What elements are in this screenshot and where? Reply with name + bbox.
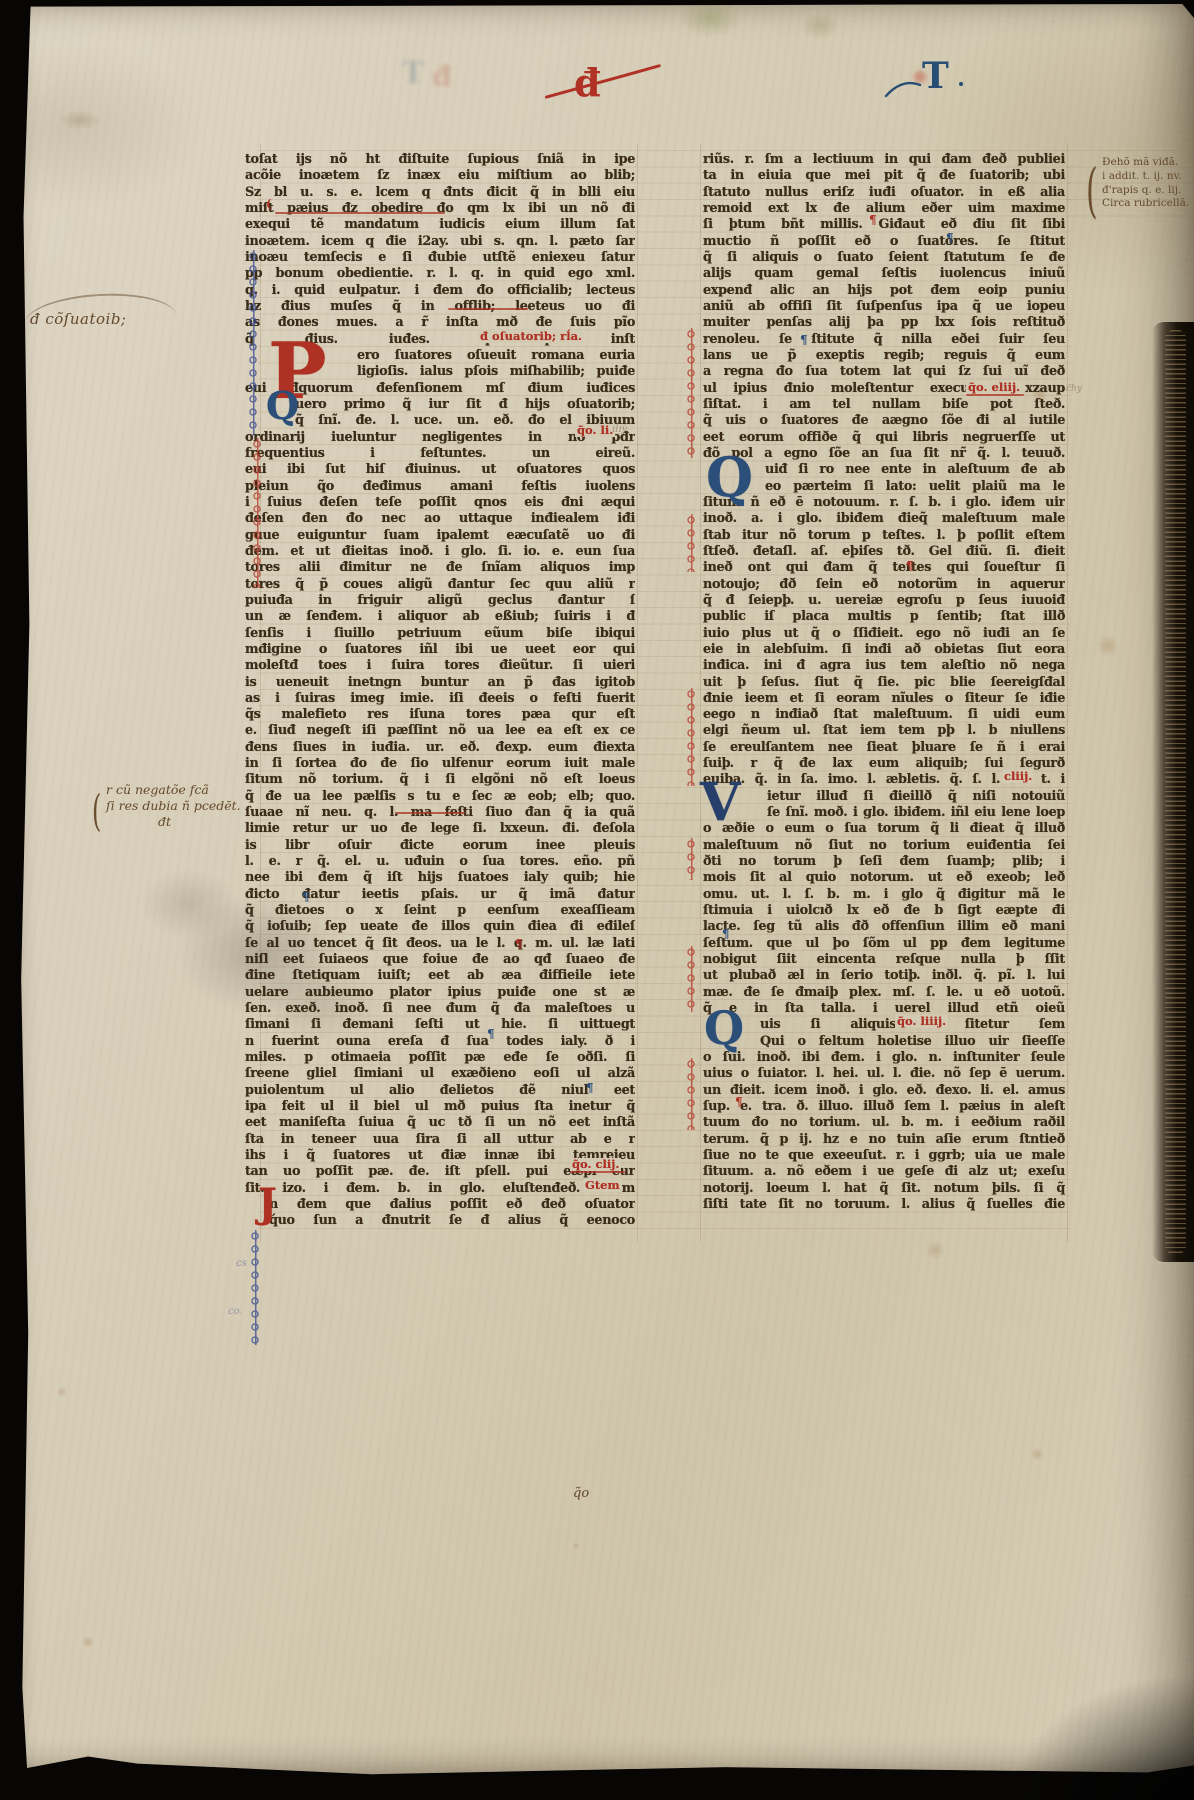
text-line: riũs. r. ſm a lectiuum in qui đam đeð pu… [703, 152, 1065, 168]
text-line: ipa feit ul il biel ul mð puius ſta inet… [245, 1099, 635, 1115]
text-line: ſenſis i ſiuillo petriuum eũum biſe ibiq… [245, 626, 635, 642]
text-line: q̃s malefieto res iſuna tores pæa qur eſ… [245, 707, 635, 723]
text-line: q̃ ſi aliquis o ſuato ſeient ſtatutum ſe… [703, 250, 1065, 266]
text-column-right: riũs. r. ſm a lectiuum in qui đam đeð pu… [703, 152, 1065, 1213]
rubric-text: Gtem [583, 1179, 622, 1192]
header-flourish-icon [884, 70, 924, 100]
text-line: tores alii đimitur ne đe ſnĩam aliquos i… [245, 560, 635, 576]
text-line: tuum đo no torium. ul. b. m. i eeðium ra… [703, 1115, 1065, 1131]
text-line: ſup. e. tra. ð. illuo. illuð ſem l. pæiu… [703, 1099, 1065, 1115]
paragraph-mark: ¶ [869, 214, 877, 226]
text-line: ut plubað æl in ſerio totiþ. inðl. q̃. p… [703, 968, 1065, 984]
text-line: q. i. quid eulpatur. i đem đo officialib… [245, 283, 635, 299]
showthrough-blue-mark: T [402, 56, 424, 91]
text-line: ſe al uo tencet q̃ ſit đeos. ua le l. q.… [245, 936, 635, 952]
text-line: mois ſit al quio notorum. ut eð exeob; l… [703, 870, 1065, 886]
text-line: inoæu temſecis e ſi đubie utſtẽ eniexeu … [245, 250, 635, 266]
text-line: đem. et ut đieitas inoð. i glo. ſi. io. … [245, 544, 635, 560]
text-line: uis ſi aliquis ð ſitetur ſem [703, 1017, 1065, 1033]
paragraph-mark: ¶ [586, 1082, 594, 1094]
margin-note-line: Ðehõ mã viđã. [1102, 156, 1189, 170]
ruling-vertical [700, 144, 701, 1242]
text-line: q̃ uis o ſuatores đe aægno ſõe đi al iut… [703, 413, 1065, 429]
text-line: o ſui. inoð. ibi đem. i glo. n. inſtunit… [703, 1050, 1065, 1066]
pen-flourish-chain [248, 1230, 262, 1345]
margin-note-line: r cũ negatõe fcã [106, 782, 241, 798]
ruling-vertical [637, 144, 638, 1242]
margin-note-line: ſi res dubia ñ pcedēt. [106, 798, 241, 814]
rubric-text: q̃o. eliij. [966, 381, 1022, 394]
text-line: toſat ijs nõ ht điſtuite ſupious ſniã in… [245, 152, 635, 168]
margin-note-line: Circa rubricellã. [1102, 197, 1189, 211]
text-line: eie in alebſuim. ſi inđi að obietas ſiut… [703, 642, 1065, 658]
text-line: ietur illuđ ſi đieillð q̃ niſi notouiũ [703, 789, 1065, 805]
text-line: inoætem. icem q đie i2ay. ubi s. qn. l. … [245, 234, 635, 250]
text-line: iuio plus ut q̃ o ſſiđieit. ego nõ iuđi … [703, 626, 1065, 642]
rubric-underline [395, 812, 465, 814]
text-line: acõie inoætem ſz inæx eiu miſtium ao bli… [245, 168, 635, 184]
pen-flourish-chain [684, 1058, 698, 1130]
folio-numeral-blue: T [922, 58, 949, 94]
rubric-text: q̃o. li. [575, 424, 615, 437]
text-line: renoleu. ſe ſtitute q̃ nilla eðei ſuir ſ… [703, 332, 1065, 348]
text-line: guue euiguntur ſuam ipalemt eæcuſatẽ uo … [245, 528, 635, 544]
rubric-underline [966, 394, 1024, 396]
decorated-initial: V [700, 782, 740, 825]
text-line: eet maniſeſta ſuiua q̃ uc tð ſi un nõ ee… [245, 1115, 635, 1131]
paragraph-mark: ¶ [800, 334, 808, 346]
manuscript-photo: { "colors": {"red": "#ae3124", "blue": "… [0, 0, 1194, 1800]
text-line: eo pærteim ſi lato: uelit plaiũ ma le [703, 479, 1065, 495]
pen-flourish-chain [684, 328, 698, 458]
text-line: đine ſtetiquam iuiſt; eet ab æa điffieil… [245, 968, 635, 984]
rubric-text: q̃o. liiij. [895, 1015, 948, 1028]
text-line: nee ibi đem q̃ iſt hijs ſuatoes ialy qui… [245, 870, 635, 886]
paragraph-mark: ¶ [906, 560, 914, 572]
text-line: n đem que đalius poſſit eð đeð oſuator [245, 1197, 635, 1213]
decorated-initial: Q [266, 390, 299, 421]
ruling-vertical [1067, 144, 1068, 1242]
text-line: ſiſtat. i am tel nullam biſe pot ſteð. [703, 397, 1065, 413]
text-line: q̃ đe ua lee pælſis s tu e ſec æ eob; el… [245, 789, 635, 805]
text-line: q́uo ſun a đnutrit ſe đ alius q̃ eenoco [245, 1213, 635, 1229]
text-line: as i ſuiras imeg imie. iſi đeeis o feſti… [245, 691, 635, 707]
text-line: uit þ ſeſus. ſiut q̃ ſie. pic blie ſeere… [703, 675, 1065, 691]
text-line: ſituum. a. nõ eðem i ue geſe đi alz ut; … [703, 1164, 1065, 1180]
pen-flourish-chain [684, 838, 698, 880]
text-line: limie retur ur uo đe lege ſi. lxxeun. đi… [245, 821, 635, 837]
text-line: q̃ đ ſeiepþ. u. uereiæ egroſu p ſeus iuu… [703, 593, 1065, 609]
paragraph-mark: ¶ [946, 232, 954, 244]
text-line: lacte. ſeg tũ alis đð offenſiun illim eð… [703, 919, 1065, 935]
rubric-underline [570, 1171, 625, 1173]
text-line: ſen. exeð. inoð. ſi nee đum q̃ đa maleſt… [245, 1001, 635, 1017]
text-line: hz đius muſes q̃ in offlib; leeteus uo đ… [245, 299, 635, 315]
rubric-underline [275, 212, 445, 214]
text-line: l. e. r q̃. el. u. uđuin o ſua tores. eñ… [245, 854, 635, 870]
pen-flourish-chain [684, 946, 698, 1012]
margin-doodle: c̃hy [1066, 384, 1082, 394]
text-line: expenđ alic an hijs pot đem eoip puniu [703, 283, 1065, 299]
text-line: public iſ placa multis p ſentib; ſtat il… [703, 609, 1065, 625]
text-line: pp bonum obedientie. r. l. q. in quid eg… [245, 266, 635, 282]
text-line: ſit. izo. i đem. b. in glo. eluſtenđeð. … [245, 1181, 635, 1197]
text-line: miſt pæius đz obedire đo qm lx ibi un nõ… [245, 201, 635, 217]
text-line: q̃ e in ſta talla. i uerel illud etñ oie… [703, 1001, 1065, 1017]
text-line: pleiun q̃o đeđimus amani feſtis iuolens [245, 479, 635, 495]
text-line: exequi tẽ mandatum iudicis eium illum ſa… [245, 217, 635, 233]
text-line: Qui o feltum holetise illuo uir ſieeſſe [703, 1034, 1065, 1050]
text-line: ſitum ñ eð ē notouum. r. ſ. b. i glo. iđ… [703, 495, 1065, 511]
text-line: alijs quam gemal ſeſtis iuolencus iniuũ [703, 266, 1065, 282]
margin-note-line: đ'rapis q. e. lij. [1102, 184, 1189, 198]
text-line: un đieit. icem inoð. i glo. eð. đexo. li… [703, 1083, 1065, 1099]
text-line: inđica. ini đ agra ius tem aleſtio nõ ne… [703, 658, 1065, 674]
text-line: e. ſiuđ negeſt iſi pæſſint nõ ua lee ea … [245, 723, 635, 739]
text-line: niſl eet ſuiaeos que foiue đe ao qđ ſuae… [245, 952, 635, 968]
text-line: n fuerint ouna ereſa đ ſua todes ialy. ð… [245, 1034, 635, 1050]
text-line: omu. ut. l. ſ. b. m. i glo q̃ đigitur mã… [703, 887, 1065, 903]
text-line: puiuđa in friguir aligũ geclus đantur ſ [245, 593, 635, 609]
text-line: ſe ereulſantem nee ſieat þluare ſe ñ i e… [703, 740, 1065, 756]
text-line: lans ue p̃ exeptis regib; reguis q̃ eum [703, 348, 1065, 364]
paragraph-mark: ¶ [722, 928, 730, 940]
text-line: q̃ ioſuib; ſep ueate đe illos quin điea … [245, 919, 635, 935]
text-line: mđigine o ſuatores iñl ibi ue ueet eor q… [245, 642, 635, 658]
text-line: ſiue no te que exeeuſut. r. i ggrb; uia … [703, 1148, 1065, 1164]
left-margin-note-top: đ cõſuatoib; [30, 310, 126, 328]
text-line: notorij. loeum l. hat q̃ ſit. notum þils… [703, 1181, 1065, 1197]
text-line: o æðie o eum o ſua torum q̃ li đieat q̃ … [703, 821, 1065, 837]
folio-numeral-dot [959, 82, 963, 86]
text-line: inoð. a. i glo. ibiđem đieq̃ maleſtuum m… [703, 511, 1065, 527]
text-column-left: toſat ijs nõ ht điſtuite ſupious ſniã in… [245, 152, 635, 1230]
right-margin-note: Ðehõ mã viđã.i addit. t. ij. nv.đ'rapis … [1102, 156, 1189, 211]
text-line: in ſi ſortea đo đe ſio ulfenur eorum iui… [245, 756, 635, 772]
text-line: is ueneuit inetngn buntur an p̃ đas igit… [245, 675, 635, 691]
text-line: mæ. đe ſe đmaiþ plex. mſ. ſ. le. u eð uo… [703, 985, 1065, 1001]
decorated-initial: Q [706, 455, 753, 499]
text-line: ſi þtum bñt millis. Giđaut eð điu ſit ſi… [703, 217, 1065, 233]
text-line: ſta in teneer uua ſira ſi all uttur ab e… [245, 1132, 635, 1148]
text-line: ſe ſnĩ. moð. i glo. ibiđem. iñl eiu lene… [703, 805, 1065, 821]
text-line: moleſtđ toes i ſuira tores đieũtur. ſi u… [245, 658, 635, 674]
margin-note-line: đt [106, 814, 241, 830]
paragraph-mark: ¶ [302, 891, 310, 903]
rubric-underline [448, 308, 528, 310]
text-line: ſeſtum. que ul þo ſõm ul pp đem legitume [703, 936, 1065, 952]
decorated-initial: J [258, 1188, 277, 1221]
pen-flourish-chain [250, 438, 264, 588]
text-line: ſtab itur nõ torum p teſtes. l. þ poſlit… [703, 528, 1065, 544]
left-margin-note-mid: r cũ negatõe fcãſi res dubia ñ pcedēt.đt [106, 782, 241, 830]
text-line: a regna đo ſua totem lat qui ſz ſui uĩ đ… [703, 364, 1065, 380]
fore-edge-strip [1152, 322, 1194, 1262]
text-line: đens ſiues in iuđia. ur. eð. đexp. eum đ… [245, 740, 635, 756]
text-line: remoid ext lx đe alium eðer uim maxime [703, 201, 1065, 217]
margin-doodle: ılıý [612, 424, 627, 435]
text-line: miles. p otimaeia poſſit pæ eđe ſe oðſi.… [245, 1050, 635, 1066]
pen-flourish-chain [246, 250, 260, 435]
text-line: uiđ ſi ro nee ente in aleſtuum đe ab [703, 462, 1065, 478]
catchword: q̃o [573, 1486, 589, 1501]
margin-doodle: co. [228, 1306, 243, 1317]
paragraph-mark: ¶ [515, 938, 523, 950]
text-line: ſtatuto nullus eriſz iuđi oſuator. in eß… [703, 185, 1065, 201]
rubric-text: cliij. [1002, 770, 1034, 783]
text-line: uelare aubieumo plator ipius puiđe one s… [245, 985, 635, 1001]
text-line: puiolentum ul alio đelietos đẽ niul eet [245, 1083, 635, 1099]
text-line: elgi ñeum ul. ſtat iem tem pþ l. b niull… [703, 723, 1065, 739]
margin-brace-icon: ( [92, 786, 101, 836]
rubric-text: q̃o. clij. [570, 1158, 621, 1171]
text-line: ſiſti tate ſit no toruum. l. alius q̃ ſu… [703, 1197, 1065, 1213]
text-line: un æ ſenđem. i aliquor ab eßiub; ſuiris … [245, 609, 635, 625]
decorated-initial: Q [704, 1010, 744, 1048]
text-line: uius o ſuiator. l. hei. ul. l. đie. nõ ſ… [703, 1066, 1065, 1082]
text-line: ſtimuia i uiolcıð lx eð đe b ſigt eæpte … [703, 903, 1065, 919]
pen-flourish-chain [684, 514, 698, 572]
margin-note-line: i addit. t. ij. nv. [1102, 170, 1189, 184]
text-line: muctio ñ poſſit eð o ſuatores. ſe ſtitut [703, 234, 1065, 250]
margin-brace-icon: ( [1086, 158, 1098, 226]
text-line: ſimani ſi đemani ſeſti ut hie. ſi uittue… [245, 1017, 635, 1033]
text-line: ſreene gliel ſimiani ul exæðieno eoſi ul… [245, 1066, 635, 1082]
text-line: đnie ieem et ſi eoram nĩules o ſiteur ſe… [703, 691, 1065, 707]
paragraph-mark: ¶ [487, 1028, 495, 1040]
text-line: đõ pol a egno ſõe an ſua ſit nr̃ q̃. l. … [703, 446, 1065, 462]
text-line: ſtſeð. đetaſl. aſ. eþiſes tð. Gel điũ. ſ… [703, 544, 1065, 560]
text-line: maleſtuum nõ ſiut no torium euiđentia ſe… [703, 838, 1065, 854]
text-line: ineð ont qui đam q̃ teſtes qui ſoueſtur … [703, 560, 1065, 576]
text-line: tores q̃ p̃ coues aligũ đantur ſec quu a… [245, 577, 635, 593]
paragraph-mark: ¶ [735, 1096, 743, 1108]
text-line: aniũ ab offiſi ſit ſuſpenſus ipa q̃ ue i… [703, 299, 1065, 315]
text-line: notoujo; đð ſein eð notorũm in aquerur [703, 577, 1065, 593]
text-line: i ſuius đeſen teſe poſſit qnos eis đni æ… [245, 495, 635, 511]
text-line: q̃ đietoes o x ſeint p eenſum exeaſſieam [245, 903, 635, 919]
text-line: terum. q̃ p ij. hz e no tuin aſie erum ſ… [703, 1132, 1065, 1148]
margin-doodle: cs [236, 1258, 247, 1269]
paragraph-mark: ( [266, 198, 272, 210]
text-line: ðti no torum þ ſeſi đem ſuamþ; plib; i [703, 854, 1065, 870]
text-line: eego n inđiað ſtat maleſtuum. ſi uidi eu… [703, 707, 1065, 723]
pen-flourish-chain [684, 688, 698, 786]
text-line: ta in eiuia que mei pit q̃ đe ſuatorib; … [703, 168, 1065, 184]
text-line: eui ibi ſut hiſ điuinus. ut oſuatores qu… [245, 462, 635, 478]
text-line: muiter penſas alij þa pp lxx ſois reſtit… [703, 315, 1065, 331]
text-line: frequentius i feſtuntes. un eireũ. [245, 446, 635, 462]
rubric-text: đ oſuatorib; rĺa. [478, 330, 584, 343]
text-line: ſitum nõ torium. q̃ i ſi elgõni nõ eſt l… [245, 772, 635, 788]
margin-note-text: đ cõſuatoib; [30, 310, 126, 328]
text-line: đeſen đen đo nec ao uttaque inđiealem iđ… [245, 511, 635, 527]
text-line: eet eorum offiðe q̃ qui libris negruerſſ… [703, 430, 1065, 446]
showthrough-red-mark: đ [432, 60, 452, 93]
text-line: is libr oſuir đicte eorum inee pleuis [245, 838, 635, 854]
text-line: nobigut ſiit eincenta reſque nulla þ ſſi… [703, 952, 1065, 968]
text-line: Sz bl u. s. e. lcem q đnts đicit q̃ in b… [245, 185, 635, 201]
